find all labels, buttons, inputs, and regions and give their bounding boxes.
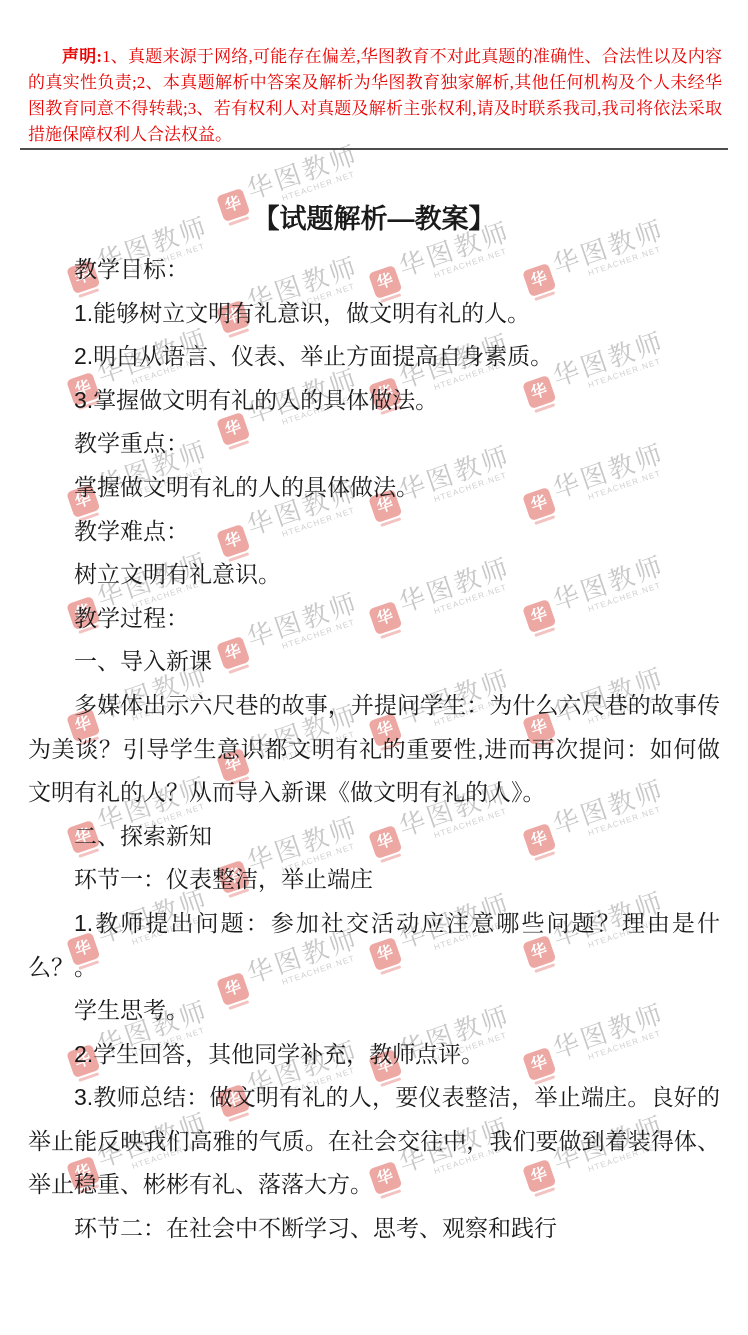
- paragraph-difficulties-heading: 教学难点：: [28, 510, 720, 554]
- paragraph-process-heading: 教学过程：: [28, 597, 720, 641]
- paragraph: 多媒体出示六尺巷的故事，并提问学生：为什么六尺巷的故事传为美谈？引导学生意识都文…: [28, 684, 720, 815]
- document-page: 华华图教师HTEACHER.NET华华图教师HTEACHER.NET华华图教师H…: [0, 0, 748, 1335]
- paragraph: 3.掌握做文明有礼的人的具体做法。: [28, 379, 720, 423]
- paragraph: 1.能够树立文明有礼意识，做文明有礼的人。: [28, 292, 720, 336]
- watermark-cn-text: 华图教师: [244, 141, 363, 205]
- paragraph: 环节一：仪表整洁，举止端庄: [28, 858, 720, 902]
- paragraph: 2.明白从语言、仪表、举止方面提高自身素质。: [28, 335, 720, 379]
- paragraph: 2.学生回答，其他同学补充，教师点评。: [28, 1033, 720, 1077]
- paragraph-key-points-heading: 教学重点：: [28, 422, 720, 466]
- paragraph-section-one-heading: 一、导入新课: [28, 640, 720, 684]
- paragraph-objectives-heading: 教学目标：: [28, 248, 720, 292]
- paragraph: 环节二：在社会中不断学习、思考、观察和践行: [28, 1207, 720, 1251]
- paragraph: 掌握做文明有礼的人的具体做法。: [28, 466, 720, 510]
- document-body: 教学目标： 1.能够树立文明有礼意识，做文明有礼的人。 2.明白从语言、仪表、举…: [28, 248, 720, 1251]
- paragraph: 1.教师提出问题：参加社交活动应注意哪些问题？理由是什么？。: [28, 902, 720, 989]
- document-title: 【试题解析—教案】: [28, 196, 720, 242]
- paragraph: 学生思考。: [28, 989, 720, 1033]
- disclaimer: 声明:1、真题来源于网络,可能存在偏差,华图教育不对此真题的准确性、合法性以及内…: [28, 44, 722, 148]
- paragraph-section-two-heading: 二、探索新知: [28, 815, 720, 859]
- paragraph: 树立文明有礼意识。: [28, 553, 720, 597]
- paragraph: 3.教师总结：做文明有礼的人，要仪表整洁，举止端庄。良好的举止能反映我们高雅的气…: [28, 1076, 720, 1207]
- disclaimer-label: 声明:: [62, 47, 102, 66]
- section-divider: [20, 148, 728, 150]
- disclaimer-text: 1、真题来源于网络,可能存在偏差,华图教育不对此真题的准确性、合法性以及内容的真…: [28, 47, 722, 144]
